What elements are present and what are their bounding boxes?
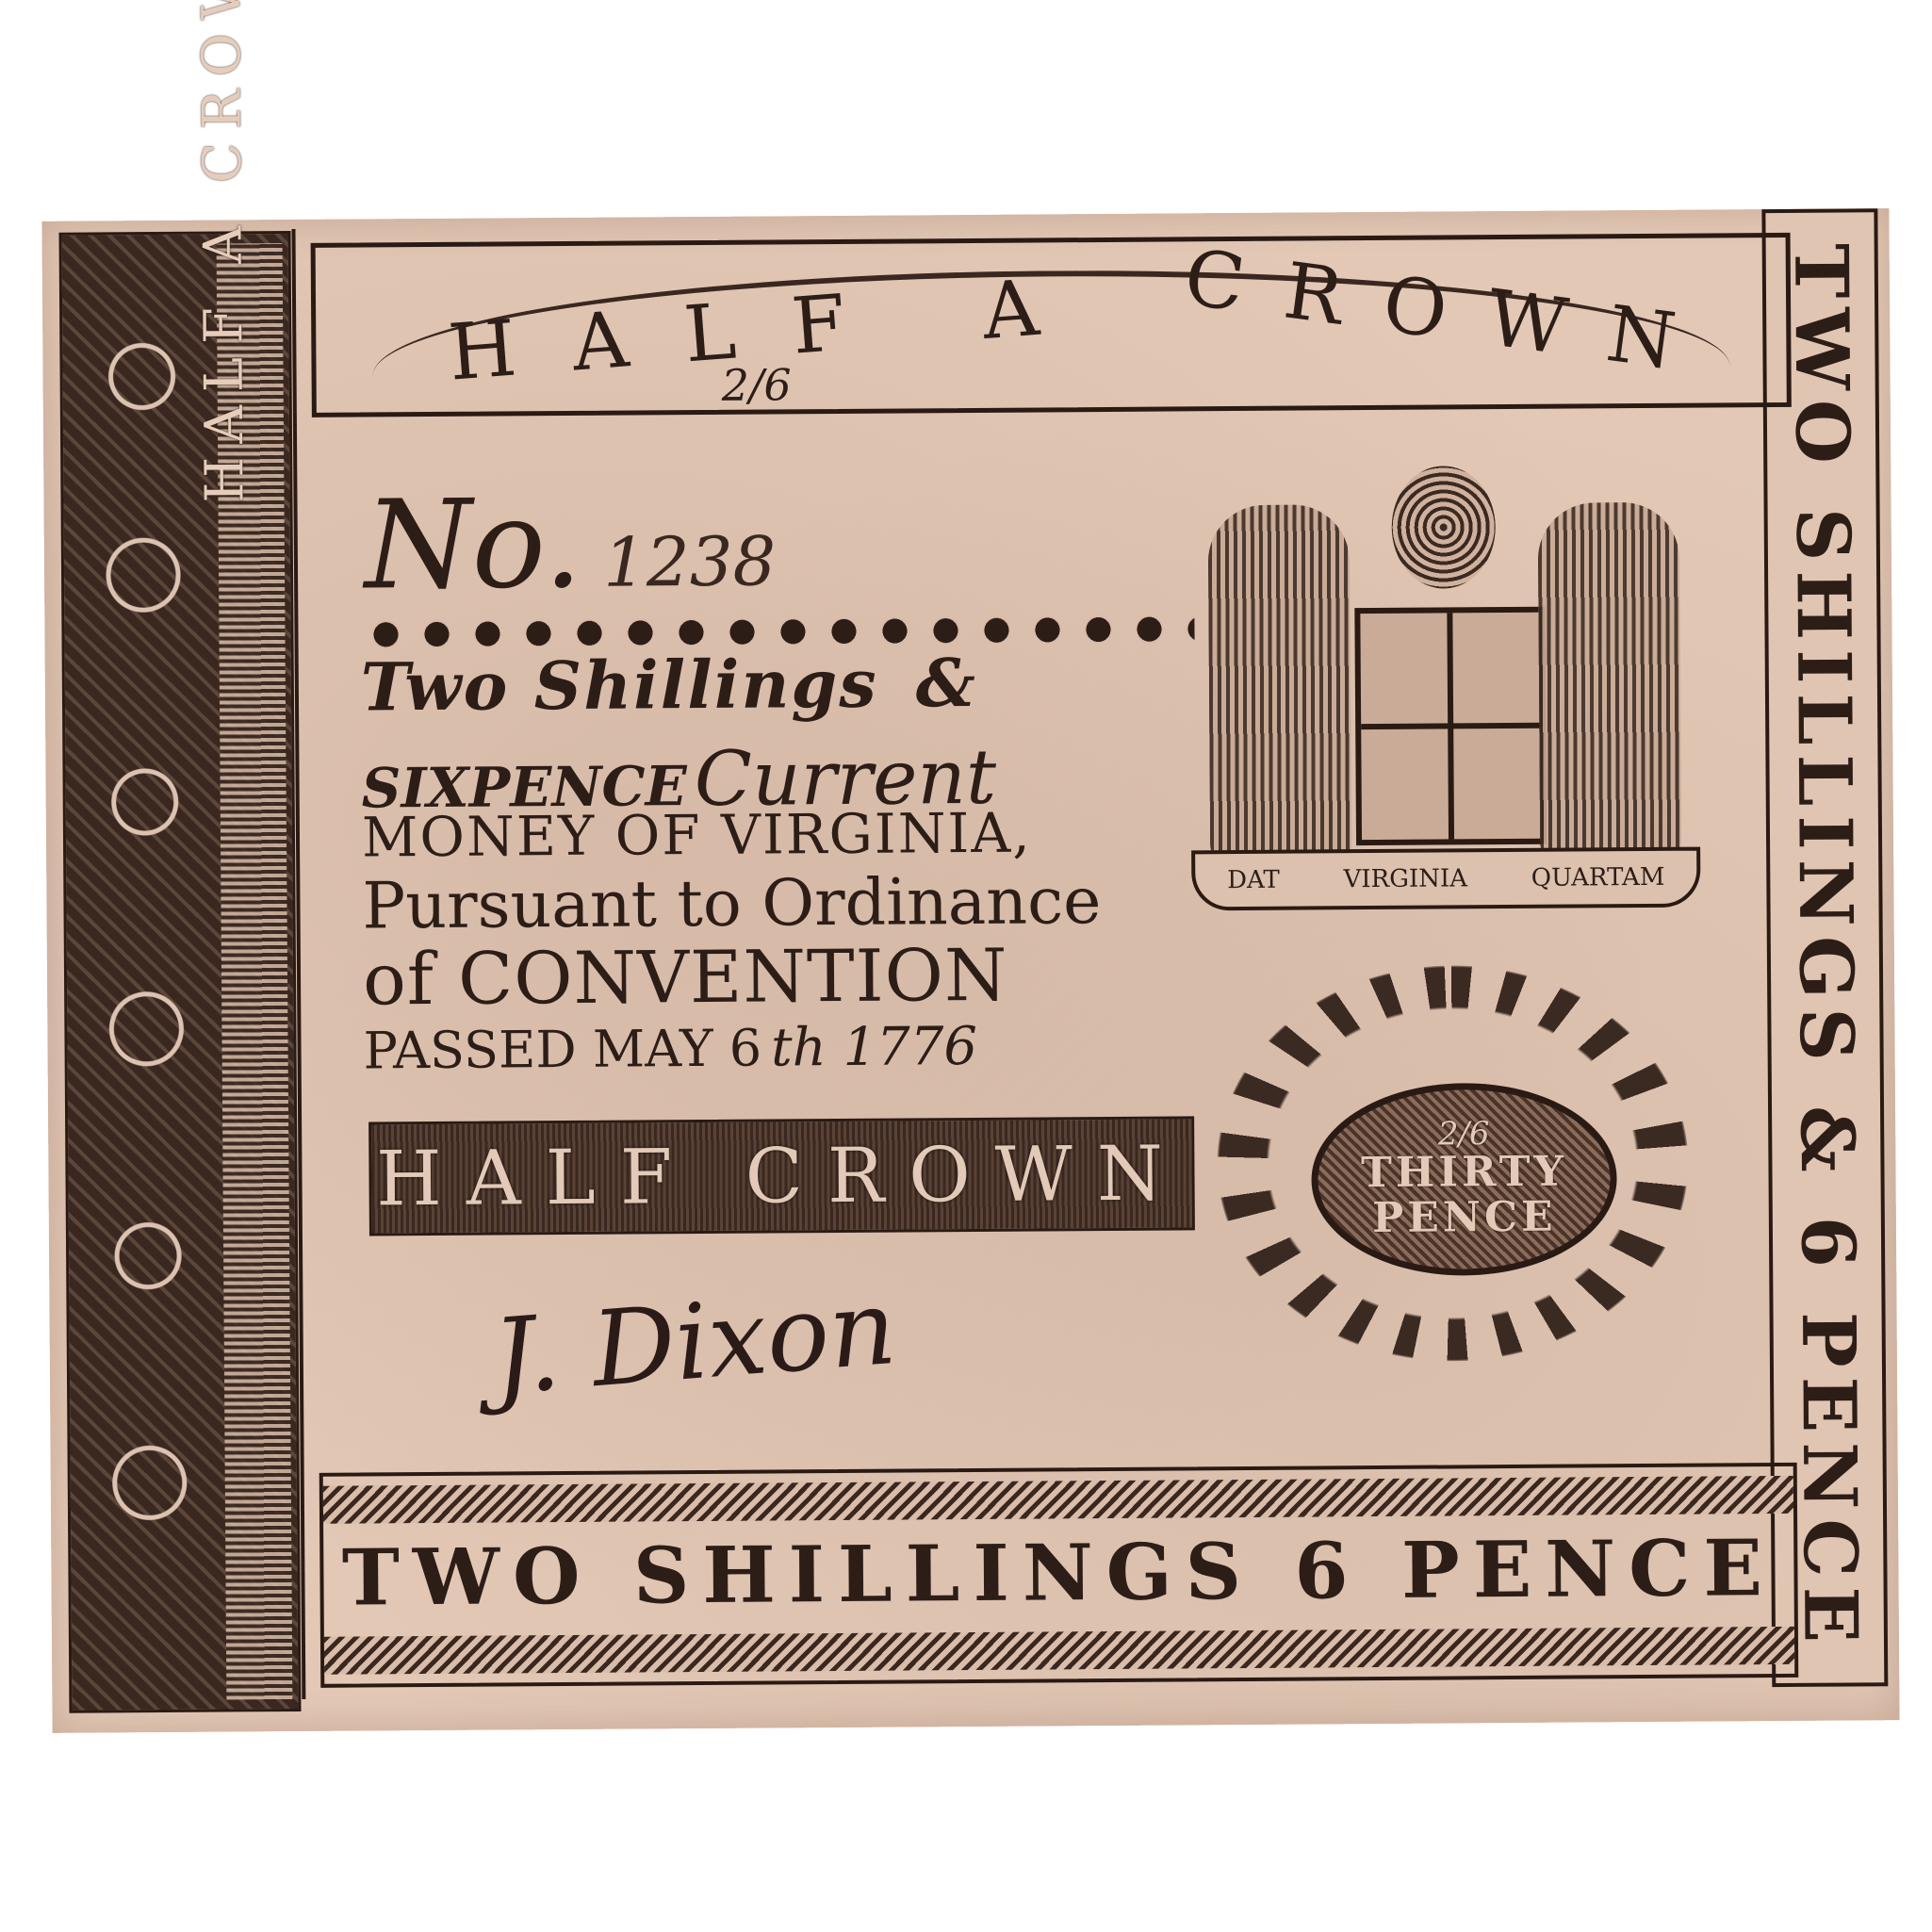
motto-right: QUARTAM (1531, 863, 1665, 892)
coat-of-arms: DAT VIRGINIA QUARTAM (1188, 465, 1700, 911)
denomination-line: Two Shillings& (361, 644, 978, 727)
oval-thirty: THIRTY (1361, 1150, 1567, 1197)
serial-number: No.1238 (364, 470, 776, 616)
bottom-banner: TWO SHILLINGS 6 PENCE (319, 1463, 1799, 1688)
passed-text: PASSED MAY 6 (363, 1019, 761, 1081)
two-shillings-text: Two Shillings (361, 645, 878, 727)
serial-prefix: No. (364, 472, 582, 617)
currency-note: HALF A CROWN · SIX PENCE TWO SHILLINGS &… (41, 208, 1899, 1733)
pursuant-line: Pursuant to Ordinance (362, 864, 1101, 943)
left-border-text: HALF A CROWN · SIX PENCE (187, 0, 255, 503)
money-of-virginia: MONEY OF VIRGINIA, (362, 801, 1032, 870)
ampersand: & (915, 644, 977, 722)
bottom-denomination: TWO SHILLINGS 6 PENCE (323, 1523, 1794, 1624)
banner-value: 2/6 (721, 359, 791, 411)
passed-date-line: PASSED MAY 6th 1776 (363, 1016, 977, 1082)
convention-line: of CONVENTION (363, 933, 1008, 1022)
serial-value: 1238 (603, 521, 777, 601)
oval-pence: PENCE (1372, 1195, 1557, 1241)
motto-ribbon: DAT VIRGINIA QUARTAM (1191, 847, 1700, 911)
bottom-banner-top-band (323, 1476, 1793, 1524)
oval-value: 2/6 (1438, 1118, 1490, 1150)
left-ornamental-border (59, 231, 302, 1713)
bottom-banner-bottom-band (324, 1627, 1794, 1675)
shield-icon (1354, 607, 1547, 845)
top-banner: HALF A CROWN 2/6 (311, 233, 1792, 418)
right-border-text: TWO SHILLINGS & 6 PENCE (1777, 243, 1873, 1652)
right-supporter-figure (1538, 502, 1682, 861)
date-script: th 1776 (771, 1016, 977, 1079)
left-supporter-figure (1208, 504, 1352, 863)
motto-left: DAT (1227, 866, 1280, 894)
crest-icon (1391, 466, 1496, 589)
half-crown-block: HALF CROWN (368, 1116, 1195, 1236)
motto-center: VIRGINIA (1343, 864, 1467, 893)
